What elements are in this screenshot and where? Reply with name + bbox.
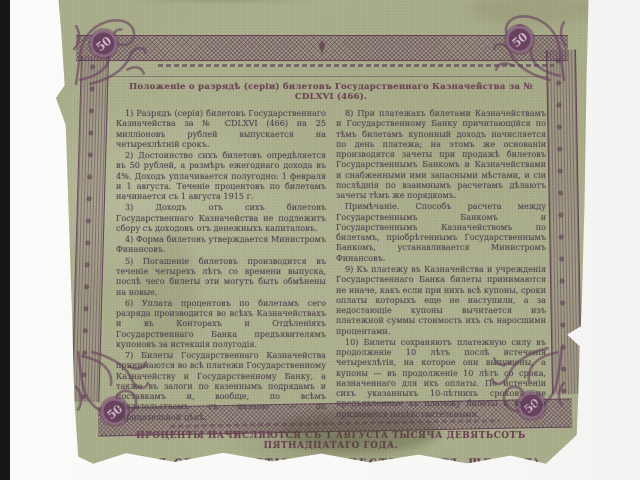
denomination-value: 50 (93, 33, 113, 53)
regulation-paragraph: 6) Уплата процентовъ по билетамъ сего ра… (116, 298, 326, 349)
inner-frame-line (108, 76, 548, 77)
regulation-paragraph: 9) Къ платежу въ Казначейства и учрежден… (336, 264, 546, 336)
regulation-column-left: 1) Разрядъ (серія) билетовъ Государствен… (116, 108, 326, 423)
regulation-paragraph: Примѣчаніе. Способъ расчета между Госуда… (336, 201, 546, 263)
denomination-medallion: 50 (506, 26, 533, 53)
regulation-paragraph: 5) Погашеніе билетовъ производится въ те… (116, 256, 326, 297)
regulation-paragraph: 8) При платежахъ билетами Казначействамъ… (336, 108, 546, 200)
regulation-paragraph: 3) Доходъ отъ сихъ билетовъ Государствен… (116, 202, 326, 233)
scan-photo: { "photo": { "background_color": "#f8f8f… (0, 0, 640, 480)
regulation-paragraph: 4) Форма билетовъ утверждается Министром… (116, 234, 326, 255)
regulation-paragraph: 7) Билеты Государственнаго Казначейства … (116, 350, 326, 422)
regulation-column-right: 8) При платежахъ билетами Казначействамъ… (336, 108, 546, 423)
film-strip (0, 0, 10, 480)
regulation-text-block: Положеніе о разрядѣ (серіи) билетовъ Гос… (116, 82, 546, 480)
divider-ornament: — · — (116, 473, 546, 480)
series-line: СЕРІЯ CDLXVI (ЧЕТЫРЕСТА ШЕСТЬДЕСЯТЪ ШЕСТ… (116, 458, 546, 469)
banknote: 50 50 50 50 Положеніе о разрядѣ (серіи) … (50, 0, 592, 472)
denomination-value: 50 (509, 29, 529, 49)
regulation-paragraph: 1) Разрядъ (серія) билетовъ Государствен… (116, 108, 326, 149)
regulation-columns: 1) Разрядъ (серія) билетовъ Государствен… (116, 108, 546, 423)
regulation-paragraph: 10) Билеты сохраняютъ платежную силу въ … (336, 337, 546, 419)
interest-accrual-line: ПРОЦЕНТЫ НАЧИСЛЯЮТСЯ СЪ 1 АВГУСТА ТЫСЯЧА… (116, 431, 546, 451)
denomination-medallion: 50 (90, 30, 117, 57)
footer-lines: ПРОЦЕНТЫ НАЧИСЛЯЮТСЯ СЪ 1 АВГУСТА ТЫСЯЧА… (116, 431, 546, 480)
regulation-title: Положеніе о разрядѣ (серіи) билетовъ Гос… (116, 82, 546, 102)
regulation-paragraph: 2) Достоинство сихъ билетовъ опредѣляетс… (116, 150, 326, 201)
